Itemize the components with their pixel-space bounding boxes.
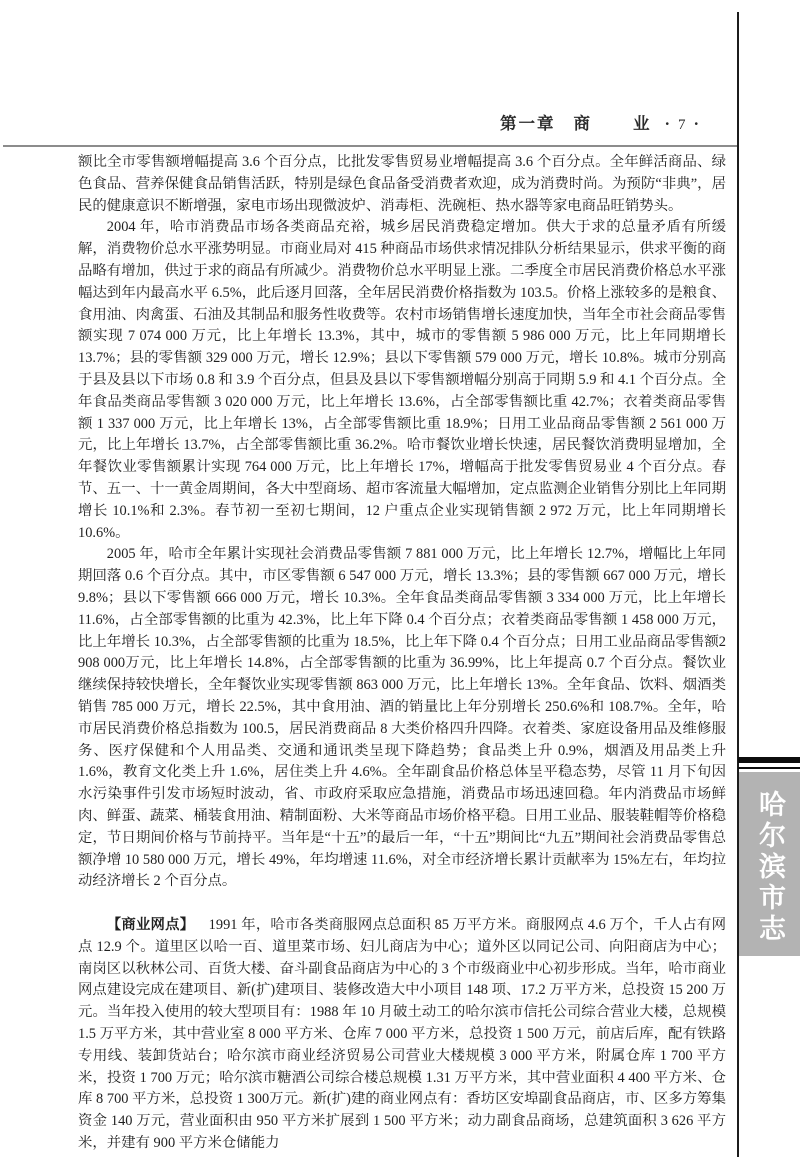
page-number-dot-right: · [693, 114, 700, 134]
paragraph-text: 额比全市零售额增幅提高 3.6 个百分点，比批发零售贸易业增幅提高 3.6 个百… [78, 154, 726, 214]
book-title-tab: 哈尔滨市志 [739, 772, 800, 956]
right-vertical-rule [737, 12, 739, 1157]
page-number: 7 [678, 117, 687, 134]
paragraph-2004: 2004 年，哈市消费品市场各类商品充裕，城乡居民消费稳定增加。供大于求的总量矛… [78, 217, 726, 544]
paragraph-text: 2004 年，哈市消费品市场各类商品充裕，城乡居民消费稳定增加。供大于求的总量矛… [78, 219, 726, 540]
page-number-dot-left: · [664, 114, 671, 134]
paragraph-business-outlets: 【商业网点】1991 年，哈市各类商服网点总面积 85 万平方米。商服网点 4.… [78, 915, 726, 1155]
entry-heading: 【商业网点】 [107, 917, 194, 933]
paragraph-continuation: 额比全市零售额增幅提高 3.6 个百分点，比批发零售贸易业增幅提高 3.6 个百… [78, 152, 726, 217]
paragraph-text: 1991 年，哈市各类商服网点总面积 85 万平方米。商服网点 4.6 万个，千… [78, 917, 726, 1151]
running-head: 第一章 商 业 · 7 · [500, 110, 700, 134]
tab-top-bar-thick [738, 757, 800, 763]
book-title-vertical-text: 哈尔滨市志 [756, 790, 783, 945]
paragraph-text: 2005 年，哈市全年累计实现社会消费品零售额 7 881 000 万元，比上年… [78, 546, 726, 889]
book-page: 第一章 商 业 · 7 · 额比全市零售额增幅提高 3.6 个百分点，比批发零售… [0, 0, 800, 1159]
header-rule [3, 145, 738, 147]
paragraph-2005: 2005 年，哈市全年累计实现社会消费品零售额 7 881 000 万元，比上年… [78, 544, 726, 893]
body-text: 额比全市零售额增幅提高 3.6 个百分点，比批发零售贸易业增幅提高 3.6 个百… [78, 152, 726, 1155]
section-title-char-1: 商 [573, 110, 591, 134]
chapter-label: 第一章 [500, 110, 556, 134]
tab-top-bar-thin [738, 767, 800, 769]
section-title-char-2: 业 [633, 110, 651, 134]
